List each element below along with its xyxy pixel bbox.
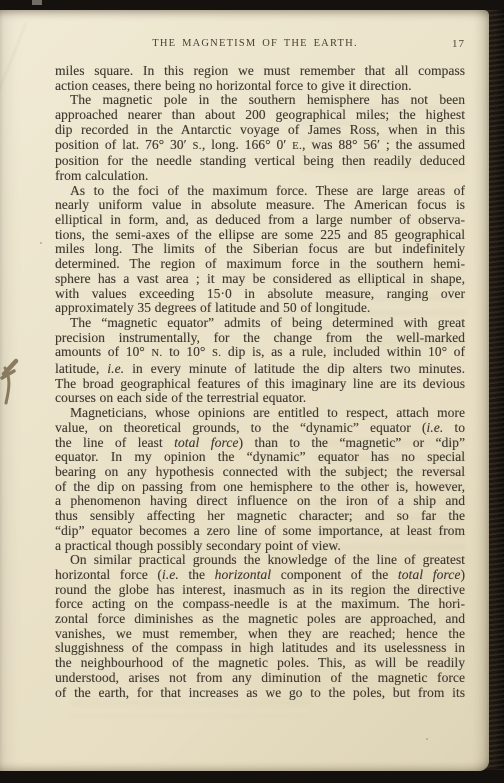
- text-line: of the earth, for that increases as we g…: [55, 686, 465, 701]
- text-line: courses on each side of the terrestrial …: [55, 391, 465, 406]
- text-line: from calculation.: [55, 169, 465, 184]
- paragraph: Magneticians, whose opinions are entitle…: [55, 406, 465, 553]
- text-line: the neighbourhood of the magnetic poles.…: [55, 656, 465, 671]
- text-line: vanishes, we must remember, when they ar…: [55, 627, 465, 642]
- paragraph: The magnetic pole in the southern hemisp…: [55, 93, 465, 183]
- running-header: THE MAGNETISM OF THE EARTH. 17: [55, 38, 465, 53]
- page-number: 17: [452, 38, 465, 50]
- text-line: “dip” equator becomes a zero line of som…: [55, 524, 465, 539]
- text-line: position of lat. 76° 30′ S., long. 166° …: [55, 138, 465, 155]
- text-line: determined. The region of maximum force …: [55, 257, 465, 272]
- text-line: sluggishness of the compass in high lati…: [55, 641, 465, 656]
- text-line: dip recorded in the Antarctic voyage of …: [55, 123, 465, 138]
- text-line: action ceases, there being no horizontal…: [55, 79, 465, 94]
- text-line: As to the foci of the maximum force. The…: [55, 184, 465, 199]
- text-line: approximately 35 degrees of latitude and…: [55, 301, 465, 316]
- text-line: a phenomenon having direct influence on …: [55, 494, 465, 509]
- text-line: zontal force diminishes as the magnetic …: [55, 612, 465, 627]
- text-line: equator. In my opinion the “dynamic” equ…: [55, 450, 465, 465]
- ink-smudge-mark: [0, 358, 30, 414]
- paragraph: On similar practical grounds the knowled…: [55, 553, 465, 700]
- paper-crease: [0, 22, 27, 180]
- text-line: latitude, i.e. in every minute of latitu…: [55, 362, 465, 377]
- text-line: a practical though possibly secondary po…: [55, 539, 465, 554]
- text-line: miles long. The limits of the Siberian f…: [55, 242, 465, 257]
- text-line: value, on theoretical grounds, to the “d…: [55, 421, 465, 436]
- text-line: precision instrumentally, for the change…: [55, 331, 465, 346]
- paragraph: The “magnetic equator” admits of being d…: [55, 316, 465, 406]
- text-line: of the dip on passing from one hemispher…: [55, 480, 465, 495]
- text-line: The magnetic pole in the southern hemisp…: [55, 93, 465, 108]
- text-line: amounts of 10° N. to 10° S. dip is, as a…: [55, 345, 465, 362]
- text-line: sphere has a vast area ; it may be consi…: [55, 272, 465, 287]
- text-line: position for the needle standing vertica…: [55, 154, 465, 169]
- book-page-paper: THE MAGNETISM OF THE EARTH. 17 miles squ…: [0, 10, 489, 771]
- text-line: with values exceeding 15·0 in absolute m…: [55, 287, 465, 302]
- text-line: Magneticians, whose opinions are entitle…: [55, 406, 465, 421]
- text-line: bearing on any hypothesis connected with…: [55, 465, 465, 480]
- text-line: the line of least total force) than to t…: [55, 436, 465, 451]
- text-line: nearly uniform value in absolute measure…: [55, 198, 465, 213]
- text-line: The broad geographical features of this …: [55, 377, 465, 392]
- scanned-book-page: THE MAGNETISM OF THE EARTH. 17 miles squ…: [0, 0, 504, 783]
- text-line: horizontal force (i.e. the horizontal co…: [55, 568, 465, 583]
- scan-border-top: [0, 0, 504, 10]
- text-line: elliptical in form, and, as deduced from…: [55, 213, 465, 228]
- text-line: approached nearer than about 200 geograp…: [55, 108, 465, 123]
- paper-speck: [426, 738, 428, 740]
- paragraph: miles square. In this region we must rem…: [55, 64, 465, 93]
- paper-speck: [40, 242, 42, 244]
- text-line: understood, arises not from any diminuti…: [55, 671, 465, 686]
- scan-border-bottom: [0, 770, 504, 783]
- text-line: thus sensibly affecting her magnetic cha…: [55, 509, 465, 524]
- text-line: miles square. In this region we must rem…: [55, 64, 465, 79]
- text-line: round the globe has interest, inasmuch a…: [55, 583, 465, 598]
- text-line: tions, the semi-axes of the ellipse are …: [55, 228, 465, 243]
- text-line: force acting on the compass-needle is at…: [55, 597, 465, 612]
- paragraph: As to the foci of the maximum force. The…: [55, 184, 465, 316]
- scan-border-notch: [32, 0, 42, 5]
- text-line: The “magnetic equator” admits of being d…: [55, 316, 465, 331]
- page-header-title: THE MAGNETISM OF THE EARTH.: [55, 38, 455, 49]
- text-line: On similar practical grounds the knowled…: [55, 553, 465, 568]
- show-through-ghost: [70, 700, 310, 718]
- text-body: miles square. In this region we must rem…: [55, 64, 465, 700]
